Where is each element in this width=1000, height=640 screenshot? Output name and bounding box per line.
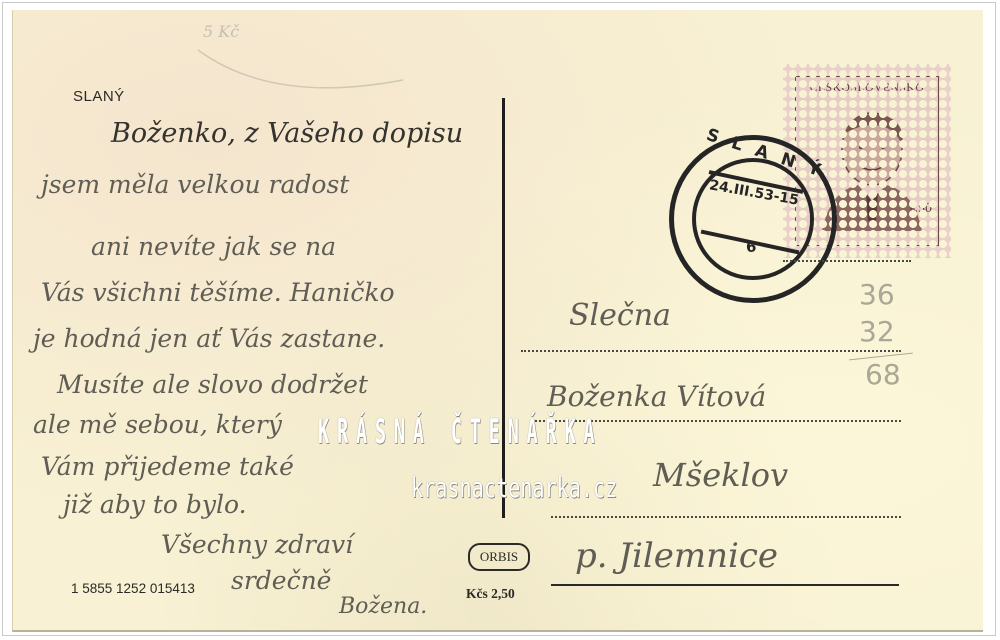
- message-line: Boženko, z Vašeho dopisu: [111, 118, 463, 149]
- pencil-number: 68: [865, 358, 901, 391]
- place-title: SLANÝ: [73, 88, 125, 105]
- pencil-number: 36: [859, 278, 895, 311]
- address-line: Boženka Vítová: [547, 380, 766, 413]
- message-line: Vám přijedeme také: [41, 452, 294, 481]
- message-line: srdečně: [231, 566, 331, 595]
- pencil-number: 32: [859, 315, 895, 348]
- watermark-title: KRÁSNÁ ČTENÁŘKA: [318, 412, 602, 452]
- message-line: Vás všichni těšíme. Haničko: [41, 278, 395, 307]
- orbis-logo: ORBIS: [468, 543, 530, 571]
- address-line: Slečna: [569, 298, 671, 333]
- message-line: jsem měla velkou radost: [41, 170, 349, 199]
- stamp-value: 1.50: [908, 201, 933, 217]
- message-line: Všechny zdraví: [161, 530, 353, 559]
- price: Kčs 2,50: [466, 586, 515, 602]
- address-line: p. Jilemnice: [575, 536, 778, 576]
- message-line: již aby to bylo.: [63, 490, 247, 519]
- center-divider: [502, 98, 505, 518]
- address-underline: [551, 584, 899, 586]
- watermark-url: krasnactenarka.cz: [411, 471, 617, 504]
- stamp-dotted-guide: [783, 260, 911, 262]
- postmark: SLANÝ 24.III.53-15 6: [669, 135, 837, 303]
- postmark-sub-office: 6: [746, 238, 756, 256]
- stamp-country: ČESKOSLOVENSKO: [796, 82, 938, 94]
- address-line: Mšeklov: [653, 456, 788, 494]
- serial-number: 1 5855 1252 015413: [71, 581, 195, 596]
- message-line: ani nevíte jak se na: [91, 232, 336, 261]
- message-line: je hodná jen ať Vás zastane.: [33, 324, 385, 353]
- address-dotted-line: [521, 350, 901, 352]
- faint-arc: [193, 30, 413, 90]
- message-line: ale mě sebou, který: [33, 410, 282, 439]
- postcard: 5 Kč SLANÝ Boženko, z Vašeho dopisu jsem…: [12, 10, 983, 632]
- address-dotted-line: [551, 516, 901, 518]
- message-line: Musíte ale slovo dodržet: [57, 370, 368, 399]
- signature: Božena.: [339, 594, 427, 619]
